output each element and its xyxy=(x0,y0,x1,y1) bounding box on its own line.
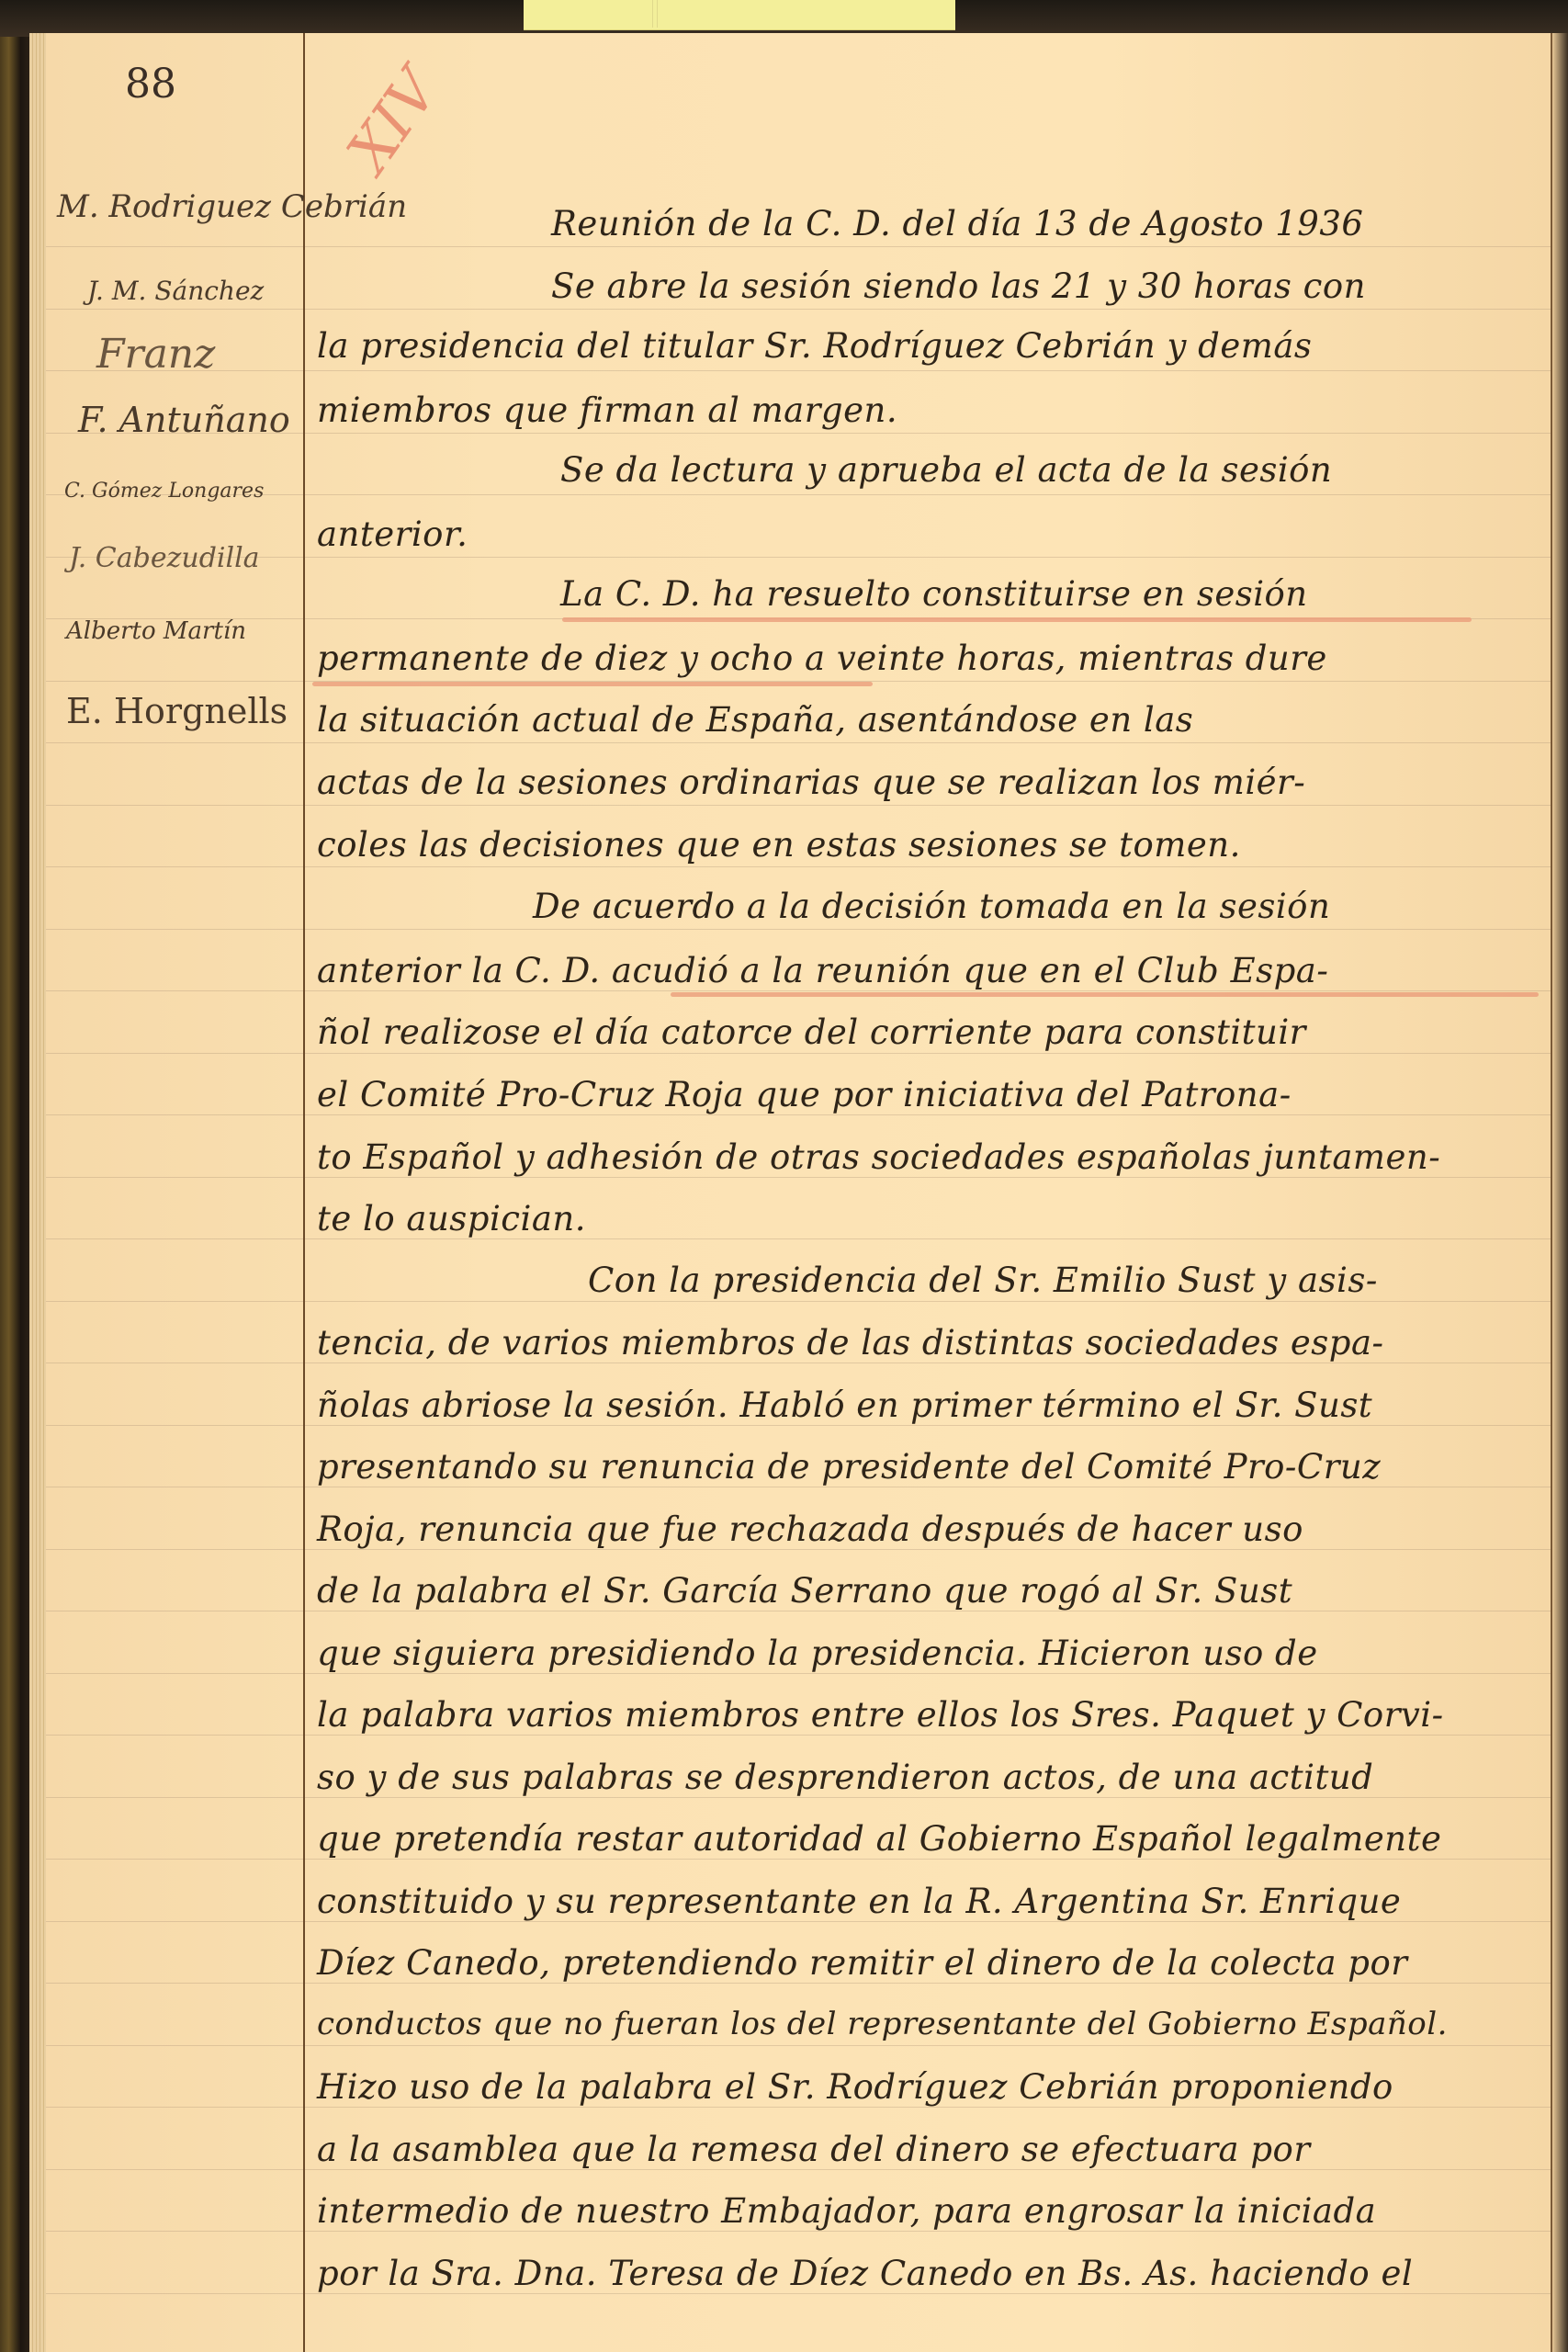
ruled-line xyxy=(46,2169,1552,2170)
body-line: miembros que firman al margen. xyxy=(317,390,1543,430)
body-line: la palabra varios miembros entre ellos l… xyxy=(317,1695,1543,1735)
body-line: Con la presidencia del Sr. Emilio Sust y… xyxy=(588,1261,1543,1300)
ruled-line xyxy=(46,1177,1552,1178)
body-line: conductos que no fueran los del represen… xyxy=(317,2006,1543,2042)
ruled-line xyxy=(46,1673,1552,1674)
ruled-line xyxy=(46,1797,1552,1798)
ledger-page xyxy=(46,33,1552,2352)
ruled-line xyxy=(46,1735,1552,1736)
ruled-line xyxy=(46,1425,1552,1426)
ruled-line xyxy=(46,805,1552,806)
body-line: Se da lectura y aprueba el acta de la se… xyxy=(560,450,1543,490)
body-line: Roja, renuncia que fue rechazada después… xyxy=(317,1510,1543,1549)
signature: F. Antuñano xyxy=(78,400,326,440)
right-page-edge xyxy=(1552,33,1568,2352)
body-line: por la Sra. Dna. Teresa de Díez Canedo e… xyxy=(317,2254,1543,2293)
right-margin-rule xyxy=(1551,33,1552,2352)
ruled-line xyxy=(46,2293,1552,2294)
ruled-line xyxy=(46,2045,1552,2046)
sticky-note-tab xyxy=(524,0,955,30)
body-line: el Comité Pro-Cruz Roja que por iniciati… xyxy=(317,1075,1543,1114)
body-line: actas de la sesiones ordinarias que se r… xyxy=(317,763,1543,802)
meeting-heading: Reunión de la C. D. del día 13 de Agosto… xyxy=(551,204,1543,243)
signature: C. Gómez Longares xyxy=(64,480,312,503)
ruled-line xyxy=(46,1549,1552,1550)
body-line: so y de sus palabras se desprendieron ac… xyxy=(317,1758,1543,1797)
body-line: tencia, de varios miembros de las distin… xyxy=(317,1323,1543,1363)
body-line: Se abre la sesión siendo las 21 y 30 hor… xyxy=(551,266,1543,306)
body-line: Hizo uso de la palabra el Sr. Rodríguez … xyxy=(317,2067,1543,2107)
body-line: a la asamblea que la remesa del dinero s… xyxy=(317,2130,1543,2169)
body-line: te lo auspician. xyxy=(317,1199,1543,1238)
body-line: De acuerdo a la decisión tomada en la se… xyxy=(533,887,1543,926)
body-line: la presidencia del titular Sr. Rodríguez… xyxy=(317,326,1543,366)
red-pencil-underline xyxy=(671,992,1539,997)
ruled-line xyxy=(46,1053,1552,1054)
page-number: 88 xyxy=(125,61,176,107)
body-line: ñolas abriose la sesión. Habló en primer… xyxy=(317,1385,1543,1425)
ruled-line xyxy=(46,1859,1552,1860)
ruled-line xyxy=(46,1921,1552,1922)
signature: M. Rodriguez Cebrián xyxy=(57,188,305,225)
body-line: de la palabra el Sr. García Serrano que … xyxy=(317,1571,1543,1611)
signature: E. Horgnells xyxy=(66,691,314,731)
body-line: to Español y adhesión de otras sociedade… xyxy=(317,1137,1543,1177)
ruled-line xyxy=(46,1363,1552,1363)
ruled-line xyxy=(46,866,1552,867)
ruled-line xyxy=(46,2231,1552,2232)
book-spine xyxy=(0,0,29,2352)
ruled-line xyxy=(46,1611,1552,1611)
signature: J. M. Sánchez xyxy=(87,276,335,306)
page-edges xyxy=(29,33,48,2352)
ruled-line xyxy=(46,246,1552,247)
body-line: que siguiera presidiendo la presidencia.… xyxy=(317,1634,1543,1673)
ruled-line xyxy=(46,929,1552,930)
body-line: anterior. xyxy=(317,514,1543,554)
ruled-line xyxy=(46,990,1552,991)
ruled-line xyxy=(46,1301,1552,1302)
signature: Alberto Martín xyxy=(66,617,314,645)
body-line: Díez Canedo, pretendiendo remitir el din… xyxy=(317,1943,1543,1983)
red-pencil-underline xyxy=(562,617,1472,622)
body-line: intermedio de nuestro Embajador, para en… xyxy=(317,2191,1543,2231)
body-line: permanente de diez y ocho a veinte horas… xyxy=(317,639,1543,678)
ruled-line xyxy=(46,1114,1552,1115)
signature: J. Cabezudilla xyxy=(69,542,317,574)
body-line: la situación actual de España, asentándo… xyxy=(317,700,1543,740)
ruled-line xyxy=(46,2107,1552,2108)
body-line: que pretendía restar autoridad al Gobier… xyxy=(317,1819,1543,1859)
ruled-line xyxy=(46,309,1552,310)
left-margin-rule xyxy=(303,33,305,2352)
red-pencil-underline xyxy=(312,682,873,686)
body-line: anterior la C. D. acudió a la reunión qu… xyxy=(317,951,1543,990)
ruled-line xyxy=(46,1487,1552,1487)
signature: Franz xyxy=(96,331,344,378)
body-line: presentando su renuncia de presidente de… xyxy=(317,1447,1543,1487)
body-line: coles las decisiones que en estas sesion… xyxy=(317,825,1543,865)
ruled-line xyxy=(46,1983,1552,1984)
body-line: La C. D. ha resuelto constituirse en ses… xyxy=(560,574,1543,614)
body-line: ñol realizose el día catorce del corrien… xyxy=(317,1012,1543,1052)
ruled-line xyxy=(46,1238,1552,1239)
ruled-line xyxy=(46,742,1552,743)
body-line: constituido y su representante en la R. … xyxy=(317,1882,1543,1921)
